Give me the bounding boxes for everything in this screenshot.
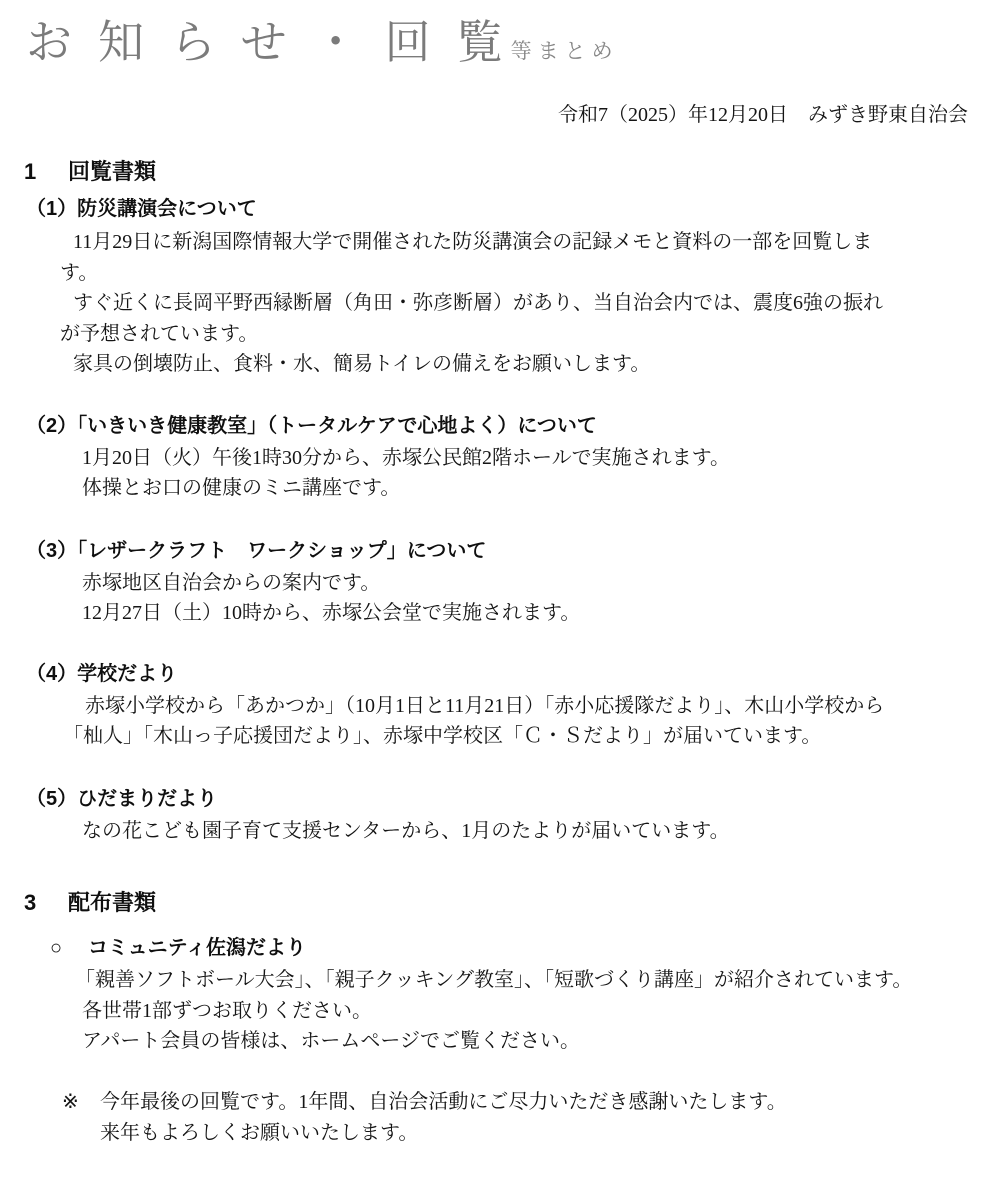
circulation-item-3: （3）「レザークラフト ワークショップ」について 赤塚地区自治会からの案内です。… [0,537,1000,629]
document-title-sub: 等まとめ [511,40,619,63]
item-heading: （4）学校だより [26,660,1000,688]
item-heading: （1）防災講演会について [26,195,1000,223]
item-paragraph: すぐ近くに長岡平野西縁断層（角田・弥彦断層）があり、当自治会内では、震度6強の振… [60,288,893,349]
closing-note-line: 今年最後の回覧です。1年間、自治会活動にご尽力いただき感謝いたします。 [100,1087,787,1118]
item-body: 「親善ソフトボール大会」、「親子クッキング教室」、「短歌づくり講座」が紹介されて… [0,965,1000,1057]
circulation-item-2: （2）「いきいき健康教室」（トータルケアで心地よく）について 1月20日（火）午… [0,412,1000,504]
circulation-item-5: （5）ひだまりだより なの花こども園子育て支援センターから、1月のたよりが届いて… [0,785,1000,847]
item-heading: （2）「いきいき健康教室」（トータルケアで心地よく）について [26,412,1000,440]
item-heading: コミュニティ佐潟だより [88,934,306,962]
item-paragraph: 「親善ソフトボール大会」、「親子クッキング教室」、「短歌づくり講座」が紹介されて… [63,965,918,996]
item-body: なの花こども園子育て支援センターから、1月のたよりが届いています。 [0,816,1000,847]
circle-bullet-icon: ○ [50,934,88,962]
section-circulation: 1 回覧書類 （1）防災講演会について 11月29日に新潟国際情報大学で開催され… [0,157,1000,846]
item-paragraph: 体操とお口の健康のミニ講座です。 [82,473,942,504]
item-paragraph: 11月29日に新潟国際情報大学で開催された防災講演会の記録メモと資料の一部を回覧… [60,227,893,288]
item-body: 1月20日（火）午後1時30分から、赤塚公民館2階ホールで実施されます。 体操と… [0,443,1000,504]
section-number: 3 [24,888,68,918]
item-paragraph: 1月20日（火）午後1時30分から、赤塚公民館2階ホールで実施されます。 [82,443,942,474]
item-paragraph: 各世帯1部ずつお取りください。 [82,996,942,1027]
item-body: 11月29日に新潟国際情報大学で開催された防災講演会の記録メモと資料の一部を回覧… [0,227,1000,380]
circulation-item-1: （1）防災講演会について 11月29日に新潟国際情報大学で開催された防災講演会の… [0,195,1000,380]
circulation-item-4: （4）学校だより 赤塚小学校から「あかつか」（10月1日と11月21日）「赤小応… [0,660,1000,752]
document-title-main: お知らせ・回覧 [26,16,529,68]
section-title: 配布書類 [68,888,156,918]
section-title: 回覧書類 [68,157,156,187]
closing-note: ※ 今年最後の回覧です。1年間、自治会活動にご尽力いただき感謝いたします。 来年… [62,1087,1000,1149]
item-heading-row: ○ コミュニティ佐潟だより [50,934,1000,962]
section-circulation-heading: 1 回覧書類 [24,157,1000,187]
distribution-item: ○ コミュニティ佐潟だより 「親善ソフトボール大会」、「親子クッキング教室」、「… [0,934,1000,1057]
reference-mark-icon: ※ [62,1087,100,1149]
closing-note-line: 来年もよろしくお願いいたします。 [100,1118,787,1149]
section-distribution: 3 配布書類 ○ コミュニティ佐潟だより 「親善ソフトボール大会」、「親子クッキ… [0,888,1000,1057]
item-body: 赤塚小学校から「あかつか」（10月1日と11月21日）「赤小応援隊だより」、木山… [0,691,1000,752]
section-distribution-heading: 3 配布書類 [24,888,1000,918]
item-paragraph: 家具の倒壊防止、食料・水、簡易トイレの備えをお願いします。 [60,349,893,380]
item-body: 赤塚地区自治会からの案内です。 12月27日（土）10時から、赤塚公会堂で実施さ… [0,568,1000,629]
item-paragraph: なの花こども園子育て支援センターから、1月のたよりが届いています。 [82,816,942,847]
date-and-issuer-line: 令和7（2025）年12月20日 みずき野東自治会 [0,101,1000,129]
document-title: お知らせ・回覧等まとめ [0,0,1000,68]
item-paragraph: アパート会員の皆様は、ホームページでご覧ください。 [82,1026,942,1057]
closing-note-text: 今年最後の回覧です。1年間、自治会活動にご尽力いただき感謝いたします。 来年もよ… [100,1087,787,1149]
item-paragraph: 赤塚地区自治会からの案内です。 [82,568,942,599]
notice-document-page: お知らせ・回覧等まとめ 令和7（2025）年12月20日 みずき野東自治会 1 … [0,0,1000,1204]
item-paragraph: 12月27日（土）10時から、赤塚公会堂で実施されます。 [82,598,942,629]
section-number: 1 [24,157,68,187]
item-heading: （5）ひだまりだより [26,785,1000,813]
item-heading: （3）「レザークラフト ワークショップ」について [26,537,1000,565]
item-paragraph: 赤塚小学校から「あかつか」（10月1日と11月21日）「赤小応援隊だより」、木山… [63,691,903,752]
